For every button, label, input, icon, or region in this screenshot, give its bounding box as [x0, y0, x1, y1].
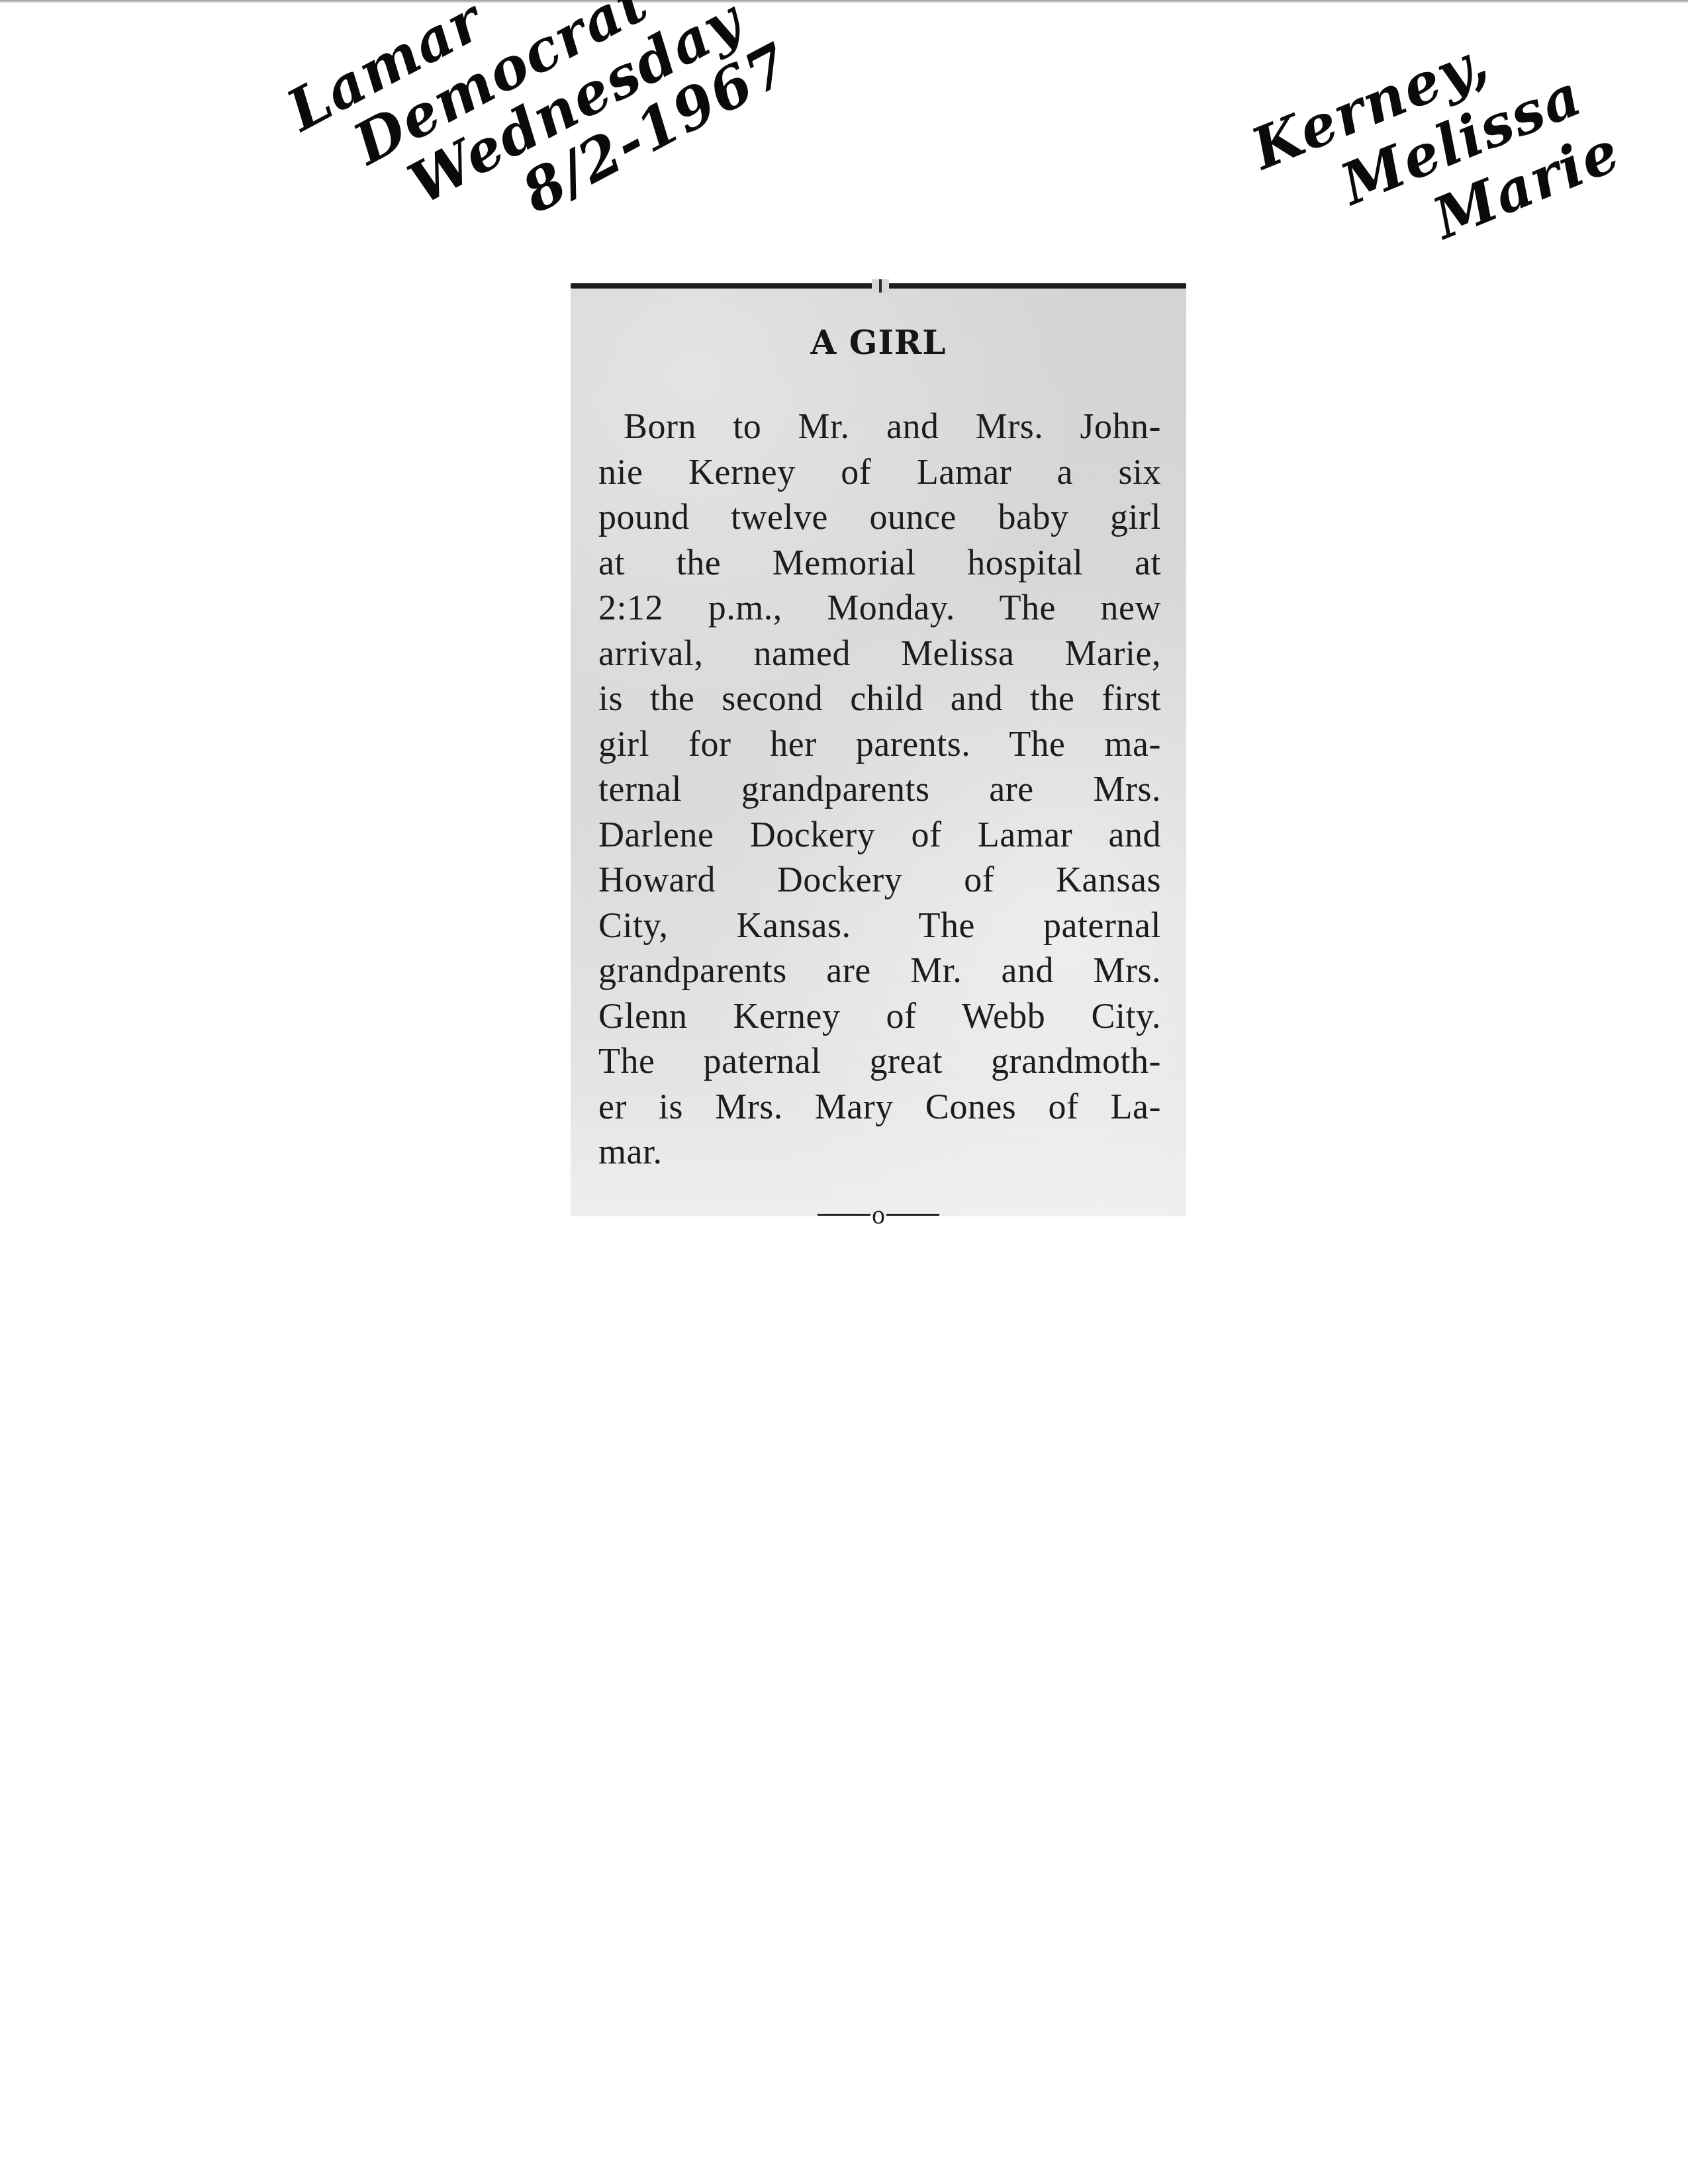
body-line: Darlene Dockery of Lamar and	[598, 812, 1161, 858]
body-line: girl for her parents. The ma-	[598, 721, 1161, 767]
body-line: at the Memorial hospital at	[598, 540, 1161, 586]
body-line: is the second child and the first	[598, 676, 1161, 721]
body-line: arrival, named Melissa Marie,	[598, 631, 1161, 676]
body-line: pound twelve ounce baby girl	[598, 494, 1161, 540]
body-line: City, Kansas. The paternal	[598, 903, 1161, 948]
clipping-body: Born to Mr. and Mrs. John- nie Kerney of…	[598, 404, 1161, 1175]
rule-ornament	[872, 279, 889, 293]
body-line: grandparents are Mr. and Mrs.	[598, 948, 1161, 993]
body-line: Howard Dockery of Kansas	[598, 857, 1161, 903]
body-line: Glenn Kerney of Webb City.	[598, 993, 1161, 1039]
separator-dash	[818, 1214, 870, 1216]
body-line: nie Kerney of Lamar a six	[598, 449, 1161, 495]
newspaper-clipping: A GIRL Born to Mr. and Mrs. John- nie Ke…	[571, 283, 1186, 1216]
body-line: mar.	[598, 1129, 1161, 1175]
handwritten-source-note: Lamar Democrat Wednesday 8/2-1967	[261, 0, 799, 311]
body-line: 2:12 p.m., Monday. The new	[598, 585, 1161, 631]
scanned-page: Lamar Democrat Wednesday 8/2-1967 Kerney…	[0, 0, 1688, 2184]
body-line: The paternal great grandmoth-	[598, 1038, 1161, 1084]
scan-edge	[0, 0, 1688, 3]
separator-mark: o	[872, 1199, 885, 1230]
clipping-headline: A GIRL	[571, 323, 1186, 362]
separator-dash	[886, 1214, 939, 1216]
body-line: ternal grandparents are Mrs.	[598, 766, 1161, 812]
body-line: Born to Mr. and Mrs. John-	[598, 404, 1161, 449]
body-line: er is Mrs. Mary Cones of La-	[598, 1084, 1161, 1130]
end-separator: o	[571, 1197, 1186, 1230]
handwritten-name-note: Kerney, Melissa Marie	[1244, 0, 1628, 301]
